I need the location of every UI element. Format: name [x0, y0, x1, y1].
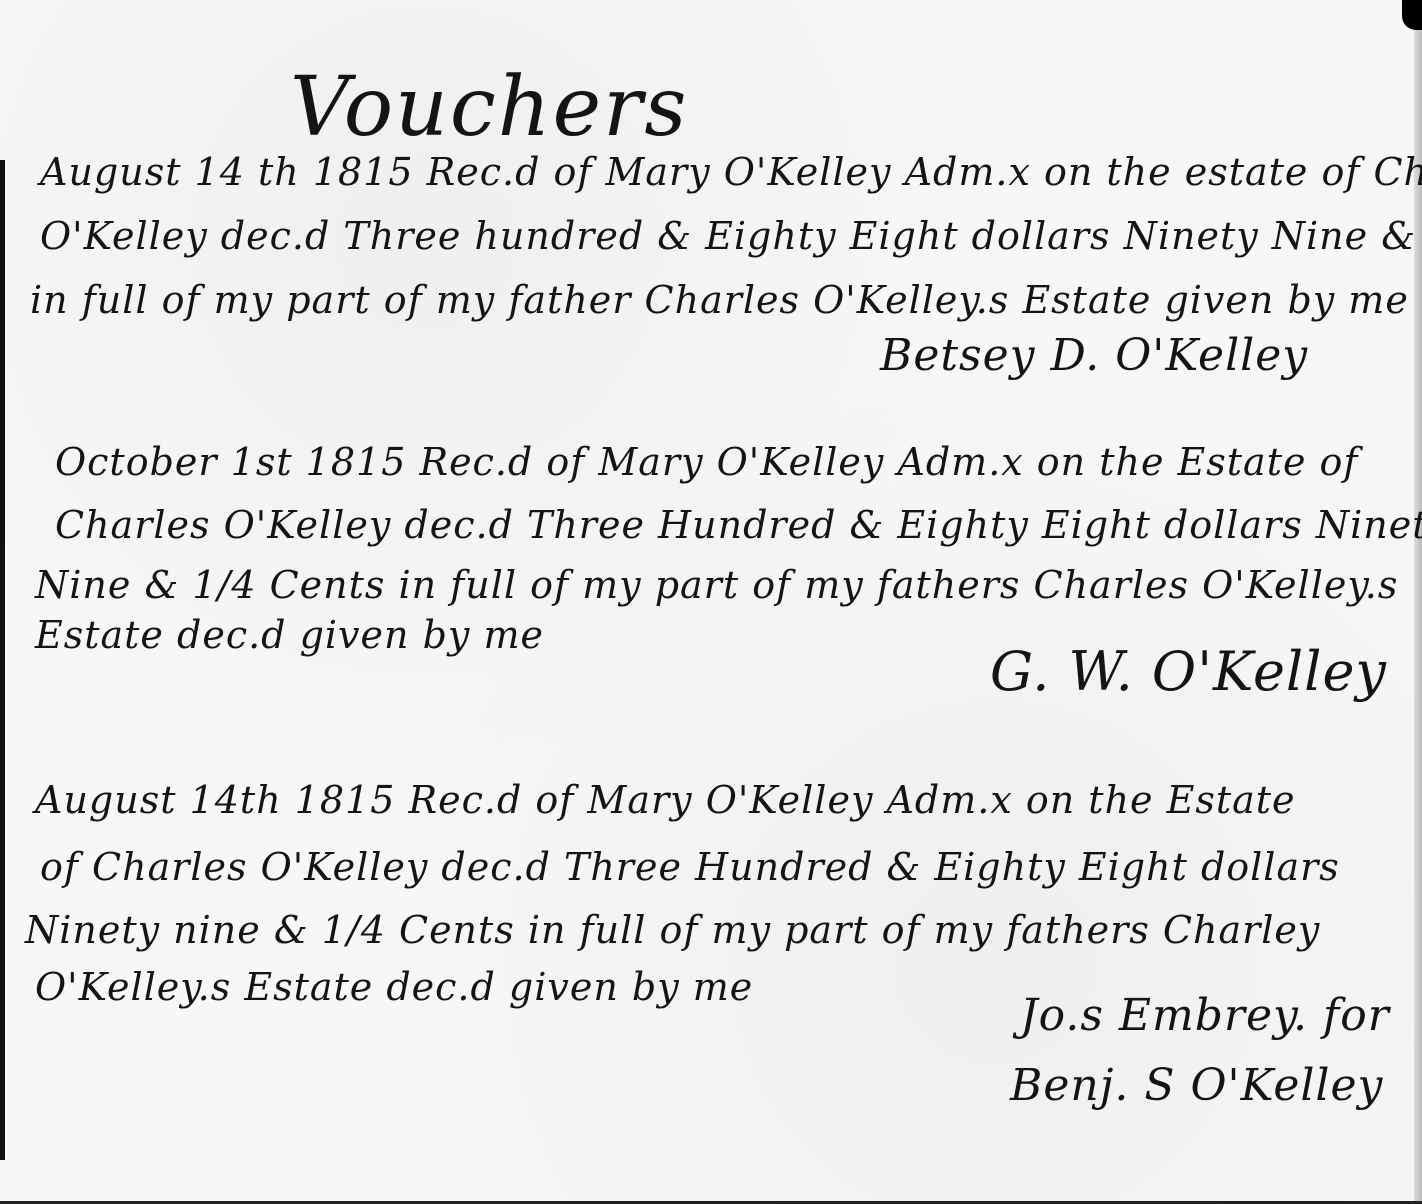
receipt-3-line-3: Ninety nine & 1/4 Cents in full of my pa…: [25, 908, 1320, 952]
receipt-2-line-1: October 1st 1815 Rec.d of Mary O'Kelley …: [55, 440, 1359, 484]
receipt-3-line-4: O'Kelley.s Estate dec.d given by me: [35, 965, 753, 1009]
receipt-3-signature-line-1: Jo.s Embrey. for: [1020, 990, 1390, 1041]
receipt-2-signature: G. W. O'Kelley: [990, 640, 1387, 703]
receipt-1-line-2: O'Kelley dec.d Three hundred & Eighty Ei…: [40, 214, 1422, 258]
receipt-1-line-3: in full of my part of my father Charles …: [30, 278, 1409, 322]
handwritten-document-page: Vouchers August 14 th 1815 Rec.d of Mary…: [0, 0, 1422, 1204]
scan-edge-left: [0, 160, 5, 1160]
scan-corner: [1402, 0, 1422, 30]
receipt-3-signature-line-2: Benj. S O'Kelley: [1010, 1060, 1383, 1111]
receipt-2-line-2: Charles O'Kelley dec.d Three Hundred & E…: [55, 503, 1422, 547]
document-title: Vouchers: [290, 60, 688, 155]
receipt-2-line-4: Estate dec.d given by me: [35, 613, 544, 657]
receipt-1-signature: Betsey D. O'Kelley: [880, 330, 1308, 381]
receipt-1-line-1: August 14 th 1815 Rec.d of Mary O'Kelley…: [40, 150, 1422, 194]
receipt-3-line-2: of Charles O'Kelley dec.d Three Hundred …: [40, 845, 1340, 889]
receipt-2-line-3: Nine & 1/4 Cents in full of my part of m…: [35, 563, 1398, 607]
receipt-3-line-1: August 14th 1815 Rec.d of Mary O'Kelley …: [35, 778, 1296, 822]
